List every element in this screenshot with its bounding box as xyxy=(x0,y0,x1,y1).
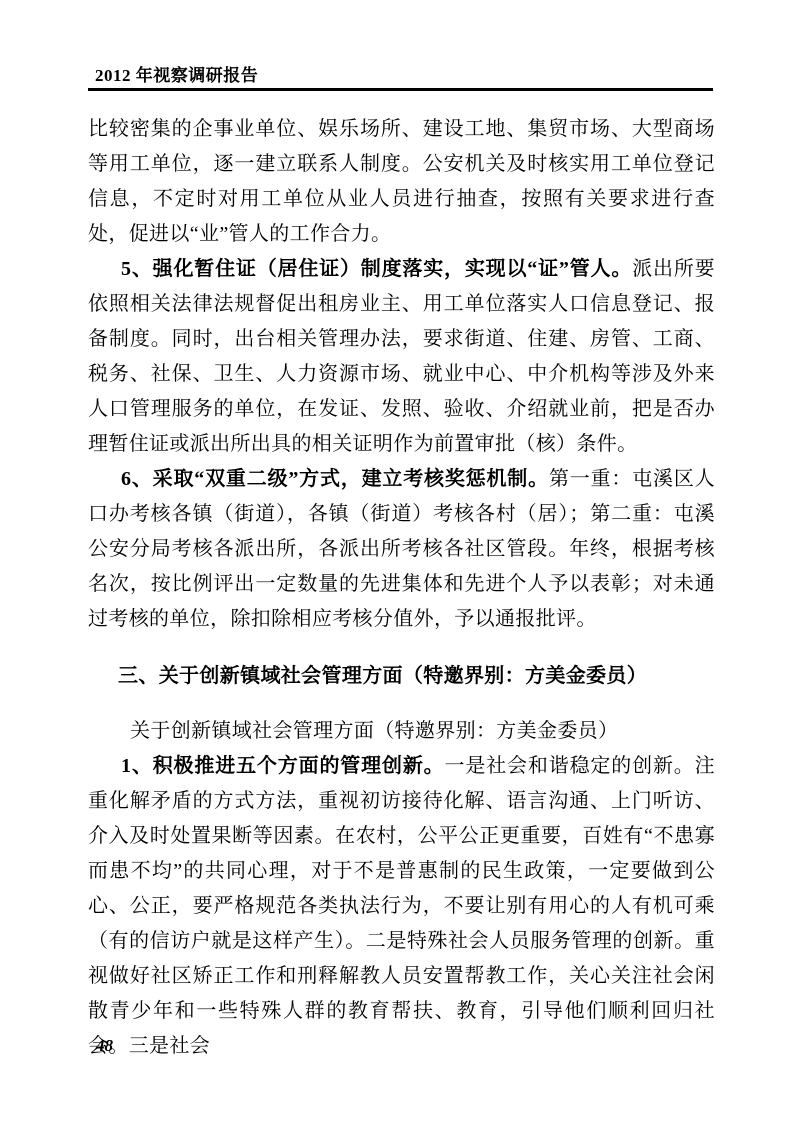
paragraph-item-5: 5、强化暂住证（居住证）制度落实，实现以“证”管人。派出所要依照相关法律法规督促… xyxy=(88,252,715,462)
document-page: 2012 年视察调研报告 比较密集的企事业单位、娱乐场所、建设工地、集贸市场、大… xyxy=(0,0,803,1133)
section-subtitle: 关于创新镇域社会管理方面（特邀界别：方美金委员） xyxy=(88,714,715,749)
paragraph-continuation: 比较密集的企事业单位、娱乐场所、建设工地、集贸市场、大型商场等用工单位，逐一建立… xyxy=(88,112,715,252)
page-number: 48 xyxy=(96,1036,113,1056)
item-6-bold-lead: 6、采取“双重二级”方式，建立考核奖惩机制。 xyxy=(121,468,549,490)
item-5-bold-lead: 5、强化暂住证（居住证）制度落实，实现以“证”管人。 xyxy=(121,258,632,280)
item-6-text: 第一重：屯溪区人口办考核各镇（街道），各镇（街道）考核各村（居）；第二重：屯溪公… xyxy=(88,468,715,630)
document-body: 比较密集的企事业单位、娱乐场所、建设工地、集贸市场、大型商场等用工单位，逐一建立… xyxy=(88,112,715,1064)
section-heading-3: 三、关于创新镇域社会管理方面（特邀界别：方美金委员） xyxy=(88,659,715,694)
item-1-bold-lead: 1、积极推进五个方面的管理创新。 xyxy=(121,755,445,777)
item-5-text: 派出所要依照相关法律法规督促出租房业主、用工单位落实人口信息登记、报备制度。同时… xyxy=(88,258,715,455)
item-1-text: 一是社会和谐稳定的创新。注重化解矛盾的方式方法，重视初访接待化解、语言沟通、上门… xyxy=(88,755,715,1057)
report-header-title: 2012 年视察调研报告 xyxy=(95,61,258,86)
paragraph-item-1: 1、积极推进五个方面的管理创新。一是社会和谐稳定的创新。注重化解矛盾的方式方法，… xyxy=(88,749,715,1064)
paragraph-item-6: 6、采取“双重二级”方式，建立考核奖惩机制。第一重：屯溪区人口办考核各镇（街道）… xyxy=(88,462,715,637)
header-rule xyxy=(88,88,713,91)
